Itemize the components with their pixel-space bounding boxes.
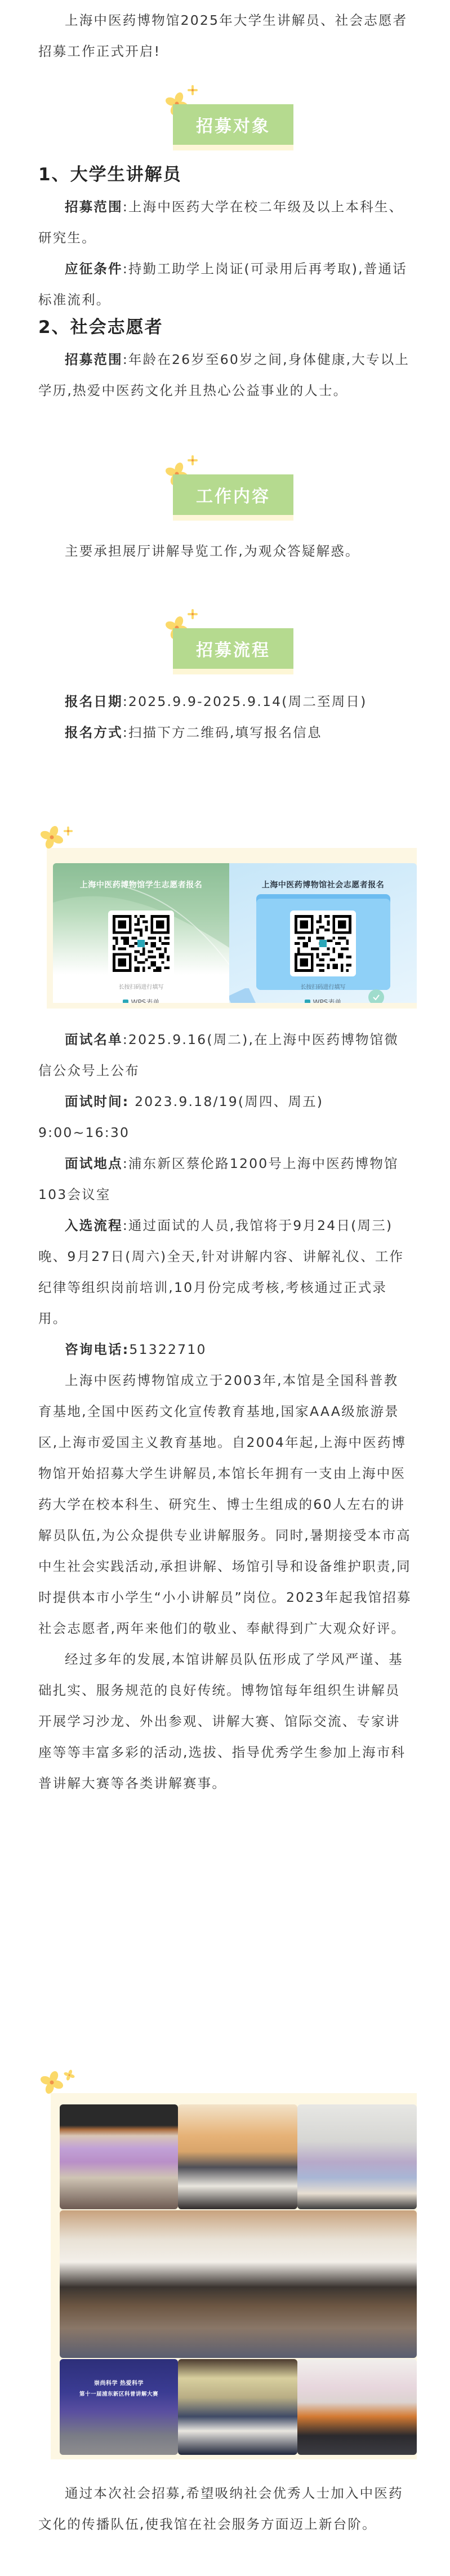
photo-collage: 崇尚科学 热爱科学 第十一届浦东新区科普讲解大赛 <box>51 2093 417 2459</box>
wps-form-text: WPS表单 <box>131 997 160 1003</box>
photo-competition-group: 崇尚科学 热爱科学 第十一届浦东新区科普讲解大赛 <box>60 2359 178 2455</box>
work-section: 主要承担展厅讲解导览工作,为观众答疑解惑。 <box>38 536 412 567</box>
closing-paragraph: 通过本次社会招募,希望吸纳社会优秀人士加入中医药文化的传播队伍,使我馆在社会服务… <box>38 2478 412 2540</box>
interview-section: 面试名单:2025.9.16(周二),在上海中医药博物馆微信公众号上公布 面试时… <box>38 1024 412 1799</box>
interview-time: 面试时间: 2023.9.18/19(周四、周五) 9:00~16:30 <box>38 1086 412 1148</box>
flower-icon <box>38 824 65 851</box>
qr-code[interactable] <box>290 911 356 976</box>
interview-list: 面试名单:2025.9.16(周二),在上海中医药博物馆微信公众号上公布 <box>38 1024 412 1086</box>
signup-method-text: :扫描下方二维码,填写报名信息 <box>123 725 322 740</box>
sparkle-icon <box>187 85 198 96</box>
photo-calligraphy-activity <box>178 2104 297 2209</box>
intro-paragraph: 上海中医药博物馆2025年大学生讲解员、社会志愿者招募工作正式开启! <box>38 5 412 67</box>
photo-museum-visit <box>60 2104 178 2209</box>
wps-form-label: WPS表单 <box>53 997 229 1003</box>
qr-hint: 长按扫码进行填写 <box>53 982 229 991</box>
volunteer-scope: 招募范围:年龄在26岁至60岁之间,身体健康,大专以上学历,热爱中医药文化并且热… <box>38 344 412 406</box>
qr-code-icon <box>113 915 170 972</box>
student-condition: 应征条件:持勤工助学上岗证(可录用后再考取),普通话标准流利。 <box>38 254 412 316</box>
badge-label: 招募对象 <box>173 104 293 145</box>
selection-process: 入选流程:通过面试的人员,我馆将于9月24日(周三)晚、9月27日(周六)全天,… <box>38 1210 412 1334</box>
qr-code[interactable] <box>108 911 174 976</box>
photo-caption: 崇尚科学 热爱科学 <box>60 2378 178 2387</box>
interview-list-label: 面试名单 <box>65 1032 123 1047</box>
closing-section: 通过本次社会招募,希望吸纳社会优秀人士加入中医药文化的传播队伍,使我馆在社会服务… <box>38 2478 412 2540</box>
badge-label: 招募流程 <box>173 628 293 669</box>
interview-time-label: 面试时间: <box>65 1094 129 1109</box>
sparkle-icon <box>63 826 73 836</box>
wps-form-text: WPS表单 <box>313 997 342 1003</box>
scope-label: 招募范围 <box>65 199 123 215</box>
interview-place-label: 面试地点 <box>65 1156 123 1171</box>
wps-form-icon <box>123 1000 128 1003</box>
section-badge-target: 招募对象 <box>163 79 298 146</box>
signup-method-label: 报名方式 <box>65 725 123 740</box>
qr-code-panel: 上海中医药博物馆学生志愿者报名 长按扫码进行填写 WPS表单 上海中医药博物馆社… <box>47 848 417 1009</box>
volunteer-heading: 2、社会志愿者 <box>38 312 412 343</box>
wps-form-label: WPS表单 <box>229 997 417 1003</box>
section-badge-work: 工作内容 <box>163 449 298 517</box>
wps-form-icon <box>305 1000 310 1003</box>
about-paragraph-2: 经过多年的发展,本馆讲解员队伍形成了学风严谨、基础扎实、服务规范的良好传统。博物… <box>38 1644 412 1799</box>
student-signup-qr-card[interactable]: 上海中医药博物馆学生志愿者报名 长按扫码进行填写 WPS表单 <box>53 863 229 1003</box>
phone-label: 咨询电话: <box>65 1342 129 1357</box>
sparkle-icon <box>187 455 198 466</box>
student-heading: 1、大学生讲解员 <box>38 159 412 190</box>
badge-underline <box>173 145 293 150</box>
section-badge-process: 招募流程 <box>163 603 298 670</box>
qr-title: 上海中医药博物馆社会志愿者报名 <box>229 879 417 890</box>
selection-label: 入选流程 <box>65 1218 123 1233</box>
work-paragraph: 主要承担展厅讲解导览工作,为观众答疑解惑。 <box>38 536 412 567</box>
photo-young-docents <box>297 2104 417 2209</box>
photo-caption: 第十一届浦东新区科普讲解大赛 <box>60 2390 178 2397</box>
condition-label: 应征条件 <box>65 261 123 277</box>
scope-label: 招募范围 <box>65 352 123 367</box>
signup-date: 报名日期:2025.9.9-2025.9.14(周二至周日) <box>38 686 412 717</box>
target-section: 1、大学生讲解员 招募范围:上海中医药大学在校二年级及以上本科生、研究生。 应征… <box>38 159 412 406</box>
signup-date-text: :2025.9.9-2025.9.14(周二至周日) <box>123 694 367 709</box>
signup-date-label: 报名日期 <box>65 694 123 709</box>
badge-underline <box>173 669 293 674</box>
volunteer-signup-qr-card[interactable]: 上海中医药博物馆社会志愿者报名 长按扫码进行填写 WPS表单 <box>229 863 417 1003</box>
flower-icon <box>38 2069 65 2096</box>
contact-phone: 咨询电话:51322710 <box>38 1334 412 1365</box>
student-scope: 招募范围:上海中医药大学在校二年级及以上本科生、研究生。 <box>38 192 412 254</box>
about-paragraph-1: 上海中医药博物馆成立于2003年,本馆是全国科普教育基地,全国中医药文化宣传教育… <box>38 1365 412 1644</box>
interview-place: 面试地点:浦东新区蔡伦路1200号上海中医药博物馆103会议室 <box>38 1148 412 1210</box>
badge-label: 工作内容 <box>173 474 293 515</box>
signup-section: 报名日期:2025.9.9-2025.9.14(周二至周日) 报名方式:扫描下方… <box>38 686 412 748</box>
small-flower-icon <box>63 2069 75 2081</box>
photo-gallery-tour <box>297 2359 417 2455</box>
photo-exhibition-hall <box>60 2210 417 2358</box>
badge-underline <box>173 515 293 521</box>
phone-number: 51322710 <box>129 1342 206 1357</box>
qr-title: 上海中医药博物馆学生志愿者报名 <box>53 879 229 890</box>
intro-section: 上海中医药博物馆2025年大学生讲解员、社会志愿者招募工作正式开启! <box>38 5 412 67</box>
sparkle-icon <box>187 609 198 620</box>
selection-text: :通过面试的人员,我馆将于9月24日(周三)晚、9月27日(周六)全天,针对讲解… <box>38 1218 404 1326</box>
photo-student-group <box>178 2359 297 2455</box>
signup-method: 报名方式:扫描下方二维码,填写报名信息 <box>38 717 412 748</box>
qr-code-icon <box>295 915 351 972</box>
